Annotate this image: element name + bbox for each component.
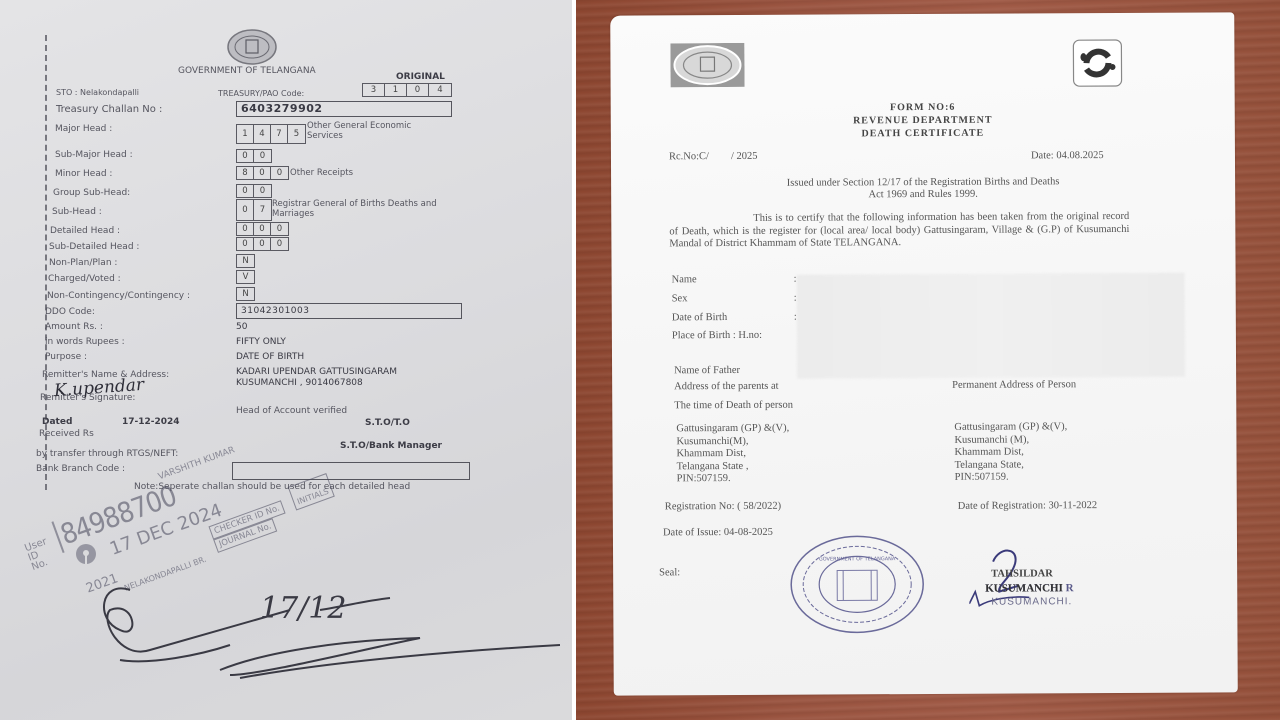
field-place-label: Place of Birth : H.no:: [672, 330, 762, 341]
death-certificate-photo: FORM NO:6 REVENUE DEPARTMENT DEATH CERTI…: [576, 0, 1280, 720]
copy-label: ORIGINAL: [396, 72, 445, 82]
address-line: Telangana State,: [955, 459, 1068, 472]
purpose-label: Purpose :: [45, 352, 87, 362]
officer-signature: 17/12: [90, 570, 560, 690]
certificate-title: DEATH CERTIFICATE: [611, 126, 1235, 140]
stamp-name: VARSHITH KUMAR: [157, 445, 236, 482]
group-sub-head-label: Group Sub-Head:: [53, 188, 130, 198]
non-plan-plan-code: N: [236, 254, 255, 268]
svg-text:GOVERNMENT OF TELANGANA: GOVERNMENT OF TELANGANA: [819, 556, 896, 562]
major-head-desc: Other General Economic Services: [307, 121, 447, 141]
seal-label: Seal:: [659, 567, 680, 578]
amount-label: Amount Rs. :: [45, 322, 103, 332]
sub-detailed-head-label: Sub-Detailed Head :: [49, 242, 139, 252]
father-label: Name of Father: [674, 365, 740, 376]
redacted-area: [797, 273, 1186, 379]
death-certificate: FORM NO:6 REVENUE DEPARTMENT DEATH CERTI…: [610, 12, 1238, 695]
contingency-label: Non-Contingency/Contingency :: [47, 291, 190, 301]
registration-no: Registration No: ( 58/2022): [665, 501, 781, 513]
address-line: Khammam Dist,: [954, 446, 1067, 459]
address-line: PIN:507159.: [955, 471, 1068, 484]
field-sep: :: [794, 293, 797, 304]
major-head-code: 1 4 7 5: [236, 124, 306, 144]
contingency-code: N: [236, 287, 255, 301]
certificate-date: Date: 04.08.2025: [1031, 150, 1104, 161]
minor-head-code: 8 0 0: [236, 166, 289, 180]
in-words-label: in words Rupees :: [45, 337, 125, 347]
field-sep: :: [794, 274, 797, 285]
address-line: Kusumanchi (M),: [954, 434, 1067, 447]
initials-label: INITIALS: [288, 473, 335, 511]
issued-line2: Act 1969 and Rules 1999.: [611, 187, 1235, 201]
detailed-head-label: Detailed Head :: [50, 226, 120, 236]
sub-detailed-head-code: 0 0 0: [236, 237, 289, 251]
challan-no-value: 6403279902: [236, 101, 452, 117]
sto-bank-manager-label: S.T.O/Bank Manager: [340, 441, 442, 451]
address-line: Khammam Dist,: [676, 448, 789, 461]
field-sep: :: [794, 312, 797, 323]
sto-to-label: S.T.O/T.O: [365, 418, 410, 428]
signatory-office: KUSUMANCHI: [985, 582, 1063, 594]
issue-date: Date of Issue: 04-08-2025: [663, 527, 773, 539]
permanent-address-label: Permanent Address of Person: [952, 379, 1076, 391]
detailed-head-code: 0 0 0: [236, 222, 289, 236]
treasury-pao-label: TREASURY/PAO Code:: [218, 89, 304, 98]
address-line: PIN:507159.: [677, 473, 790, 486]
minor-head-desc: Other Receipts: [290, 168, 353, 178]
sub-head-desc: Registrar General of Births Deaths and M…: [272, 199, 452, 219]
certify-paragraph: This is to certify that the following in…: [669, 211, 1129, 251]
address-line: Kusumanchi(M),: [676, 435, 789, 448]
sub-head-code: 0 7: [236, 199, 272, 221]
minor-head-label: Minor Head :: [55, 169, 112, 179]
form-no: FORM NO:6: [611, 100, 1235, 114]
sub-major-head-label: Sub-Major Head :: [55, 150, 133, 160]
telangana-emblem-icon: [226, 28, 278, 66]
signatory-title: TAHSILDAR: [991, 568, 1053, 579]
sub-major-head-code: 0 0: [236, 149, 272, 163]
department: REVENUE DEPARTMENT: [611, 113, 1235, 127]
treasury-challan-photo: GOVERNMENT OF TELANGANA ORIGINAL STO : N…: [0, 0, 572, 720]
mee-seva-logo-icon: [1072, 39, 1122, 87]
address-line: Gattusingaram (GP) &(V),: [954, 421, 1067, 434]
major-head-label: Major Head :: [55, 124, 112, 134]
field-sex-label: Sex: [672, 293, 688, 304]
sto-label: STO : Nelakondapalli: [56, 88, 139, 97]
parents-address-label: Address of the parents at: [674, 381, 778, 393]
amount-value: 50: [236, 322, 247, 332]
registration-date: Date of Registration: 30-11-2022: [958, 500, 1097, 512]
field-name-label: Name: [672, 274, 697, 285]
non-plan-plan-label: Non-Plan/Plan :: [49, 258, 117, 268]
charged-voted-label: Charged/Voted :: [48, 274, 121, 284]
revenue-emblem-icon: [670, 43, 744, 87]
group-sub-head-code: 0 0: [236, 184, 272, 198]
government-seal-icon: GOVERNMENT OF TELANGANA: [789, 534, 926, 635]
rc-year: / 2025: [731, 151, 758, 162]
field-dob-label: Date of Birth: [672, 312, 727, 323]
treasury-pao-code: 3 1 0 4: [362, 83, 452, 97]
parents-address: Gattusingaram (GP) &(V), Kusumanchi(M), …: [676, 423, 789, 486]
address-line: Telangana State ,: [677, 460, 790, 473]
address-line: Gattusingaram (GP) &(V),: [676, 423, 789, 436]
time-of-death-label: The time of Death of person: [674, 400, 793, 412]
ddo-code-value: 31042301003: [236, 303, 462, 319]
rc-no: Rc.No:C/: [669, 151, 709, 162]
permanent-address: Gattusingaram (GP) &(V), Kusumanchi (M),…: [954, 421, 1067, 484]
government-heading: GOVERNMENT OF TELANGANA: [178, 66, 316, 76]
ddo-label: DDO Code:: [45, 307, 95, 317]
signatory-place: KUSUMANCHI.: [991, 596, 1072, 607]
sbi-logo-icon: [72, 542, 100, 566]
charged-voted-code: V: [236, 270, 255, 284]
challan-no-label: Treasury Challan No :: [56, 104, 162, 115]
sub-head-label: Sub-Head :: [52, 207, 102, 217]
